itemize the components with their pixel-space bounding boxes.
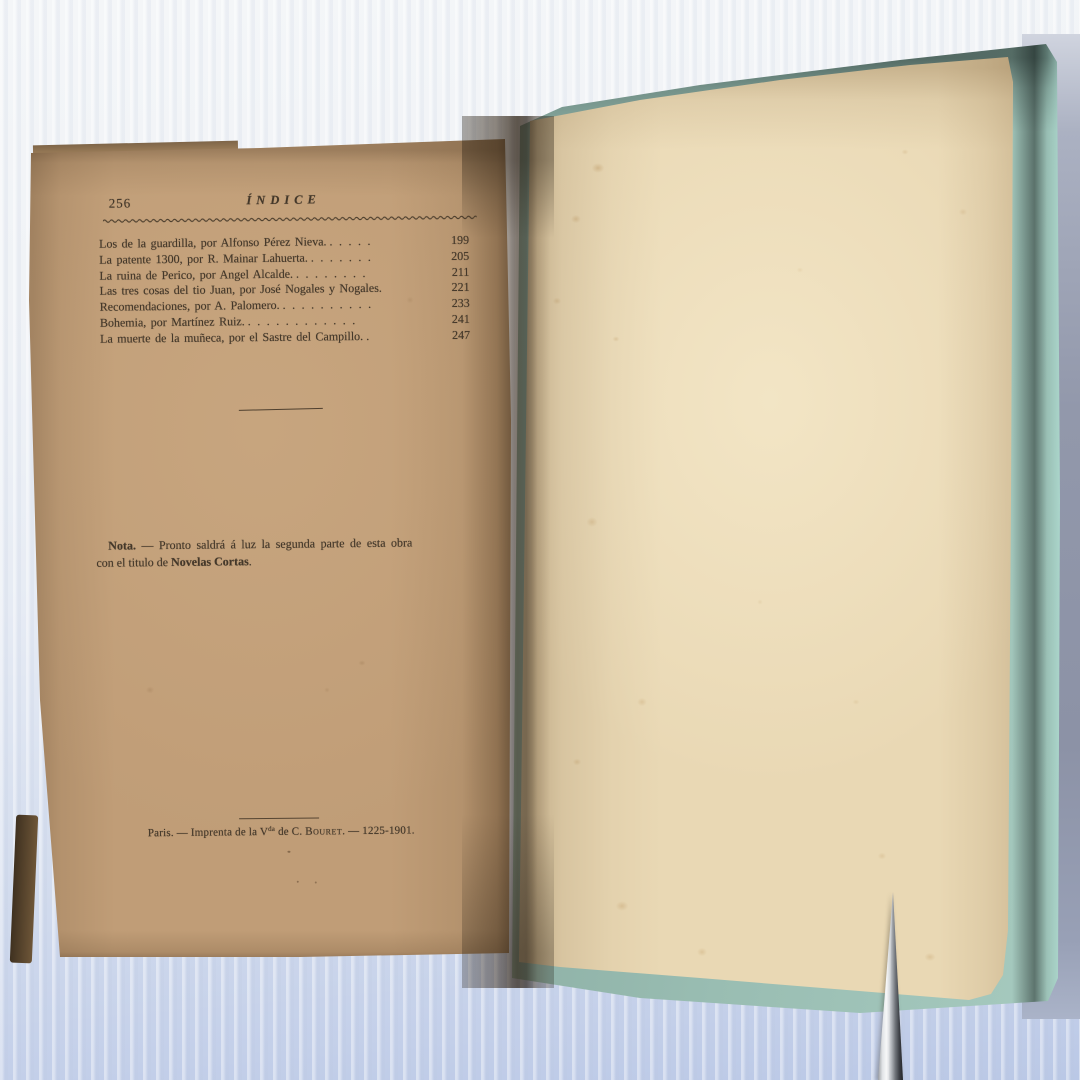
index-entry-row: La muerte de la muñeca, por el Sastre de… [100, 327, 470, 347]
wavy-rule [103, 214, 477, 224]
note-line2-end: . [249, 554, 252, 568]
note-line1-text: — Pronto saldrá á luz la segunda parte d… [136, 535, 413, 552]
imprint-rule [239, 817, 319, 819]
entry-dot-leader: . [366, 328, 442, 345]
entry-page-number: 241 [446, 312, 470, 328]
note-lead: Nota. [108, 538, 136, 552]
entry-title: La muerte de la muñeca, por el Sastre de… [100, 328, 363, 347]
book-photo-scene: 256 ÍNDICE Los de la guardilla, por Alfo… [0, 0, 1080, 1080]
ink-specks [297, 881, 299, 883]
note-line2-title: Novelas Cortas [171, 554, 249, 569]
entry-title: Bohemia, por Martínez Ruiz. [100, 314, 245, 331]
ink-speck [287, 851, 290, 853]
entry-dot-leader: . . . . . . . . . . [282, 296, 441, 313]
entry-dot-leader: . . . . . . . [311, 249, 442, 266]
imprint-mid: de C. [275, 826, 305, 838]
entry-page-number: 199 [445, 233, 469, 249]
entry-title: Recomendaciones, por A. Palomero. [100, 298, 280, 316]
note-line-2: con el titulo de Novelas Cortas. [96, 554, 251, 571]
imprint-printer-name: Bouret [305, 825, 342, 837]
entry-dot-leader: . . . . . . . . [296, 265, 442, 282]
page-title: ÍNDICE [100, 191, 468, 210]
imprint-superscript: da [268, 825, 275, 833]
entry-page-number: 211 [445, 264, 469, 280]
entry-page-number: 247 [446, 327, 470, 343]
left-page-content: 256 ÍNDICE Los de la guardilla, por Alfo… [24, 132, 528, 967]
note-line-1: Nota. — Pronto saldrá á luz la segunda p… [108, 535, 412, 553]
index-entries: Los de la guardilla, por Alfonso Pérez N… [99, 233, 470, 347]
section-divider-rule [239, 408, 323, 411]
imprint-pre: Paris. — Imprenta de la V [148, 826, 268, 839]
entry-dot-leader [385, 291, 442, 292]
metal-pointer-needle [868, 886, 914, 1080]
imprint-post: . — 1225-1901. [342, 824, 415, 837]
imprint-line: Paris. — Imprenta de la Vda de C. Bouret… [95, 823, 467, 840]
note-line2-pre: con el titulo de [96, 555, 171, 570]
entry-page-number: 221 [445, 280, 469, 296]
entry-page-number: 233 [446, 296, 470, 312]
entry-dot-leader: . . . . . [329, 233, 441, 250]
entry-page-number: 205 [445, 249, 469, 265]
